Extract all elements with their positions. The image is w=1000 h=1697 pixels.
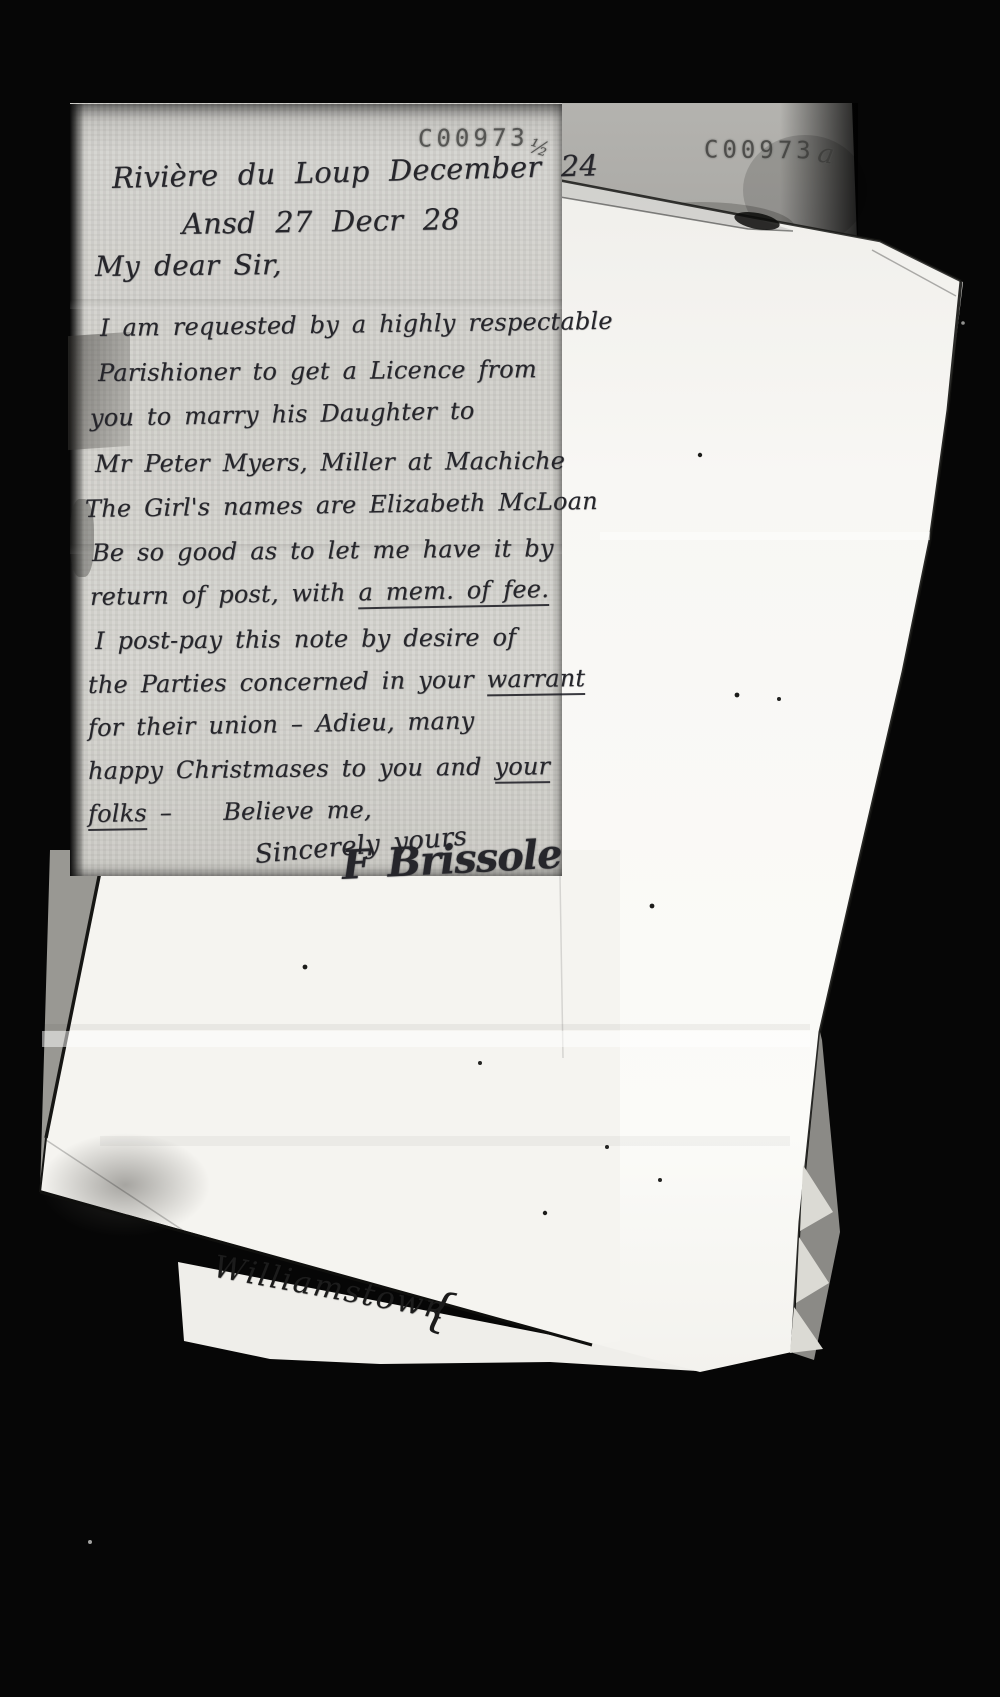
archival-stamp-left: C00973½ bbox=[417, 123, 548, 152]
handwriting-line: The Girl's names are Elizabeth McLoan bbox=[85, 489, 598, 521]
dust-speck bbox=[658, 1178, 662, 1182]
dust-speck bbox=[735, 693, 740, 698]
handwriting-text: for their union – Adieu, many bbox=[88, 707, 475, 742]
stamp-code: C00973 bbox=[704, 135, 815, 164]
handwriting-text-underlined: your bbox=[494, 752, 550, 784]
handwriting-text: return of post, with bbox=[90, 578, 359, 611]
handwriting-text: The Girl's names are Elizabeth McLoan bbox=[85, 487, 598, 523]
scan-band bbox=[42, 1031, 810, 1047]
handwriting-text: My dear Sir, bbox=[95, 248, 282, 283]
handwriting-text: I am requested by a highly respectable bbox=[100, 307, 613, 342]
scan-band bbox=[42, 1024, 810, 1030]
stamp-code: C00973 bbox=[417, 124, 529, 153]
handwriting-line: the Parties concerned in your warrant bbox=[88, 666, 586, 697]
handwriting-text: happy Christmases to you and bbox=[88, 753, 495, 785]
dust-speck bbox=[698, 453, 702, 457]
handwriting-text: you to marry his Daughter to bbox=[90, 397, 475, 432]
handwriting-line: Parishioner to get a Licence from bbox=[98, 357, 537, 385]
handwriting-line: Be so good as to let me have it by bbox=[92, 536, 554, 565]
microfilm-scan-page: C00973a C00973½ Rivière du Loup December… bbox=[0, 0, 1000, 1697]
paper-crease bbox=[70, 299, 562, 309]
handwriting-line: folks – Believe me, bbox=[88, 798, 372, 826]
dust-speck bbox=[605, 1145, 609, 1149]
handwriting-text: Be so good as to let me have it by bbox=[92, 534, 554, 567]
dust-speck bbox=[303, 965, 308, 970]
handwriting-line: you to marry his Daughter to bbox=[90, 399, 475, 430]
scan-band bbox=[100, 1136, 790, 1146]
handwriting-line: I post-pay this note by desire of bbox=[95, 625, 517, 653]
letter-docket-note: Ansd 27 Decr 28 bbox=[182, 205, 461, 239]
scan-band bbox=[600, 532, 930, 540]
archival-stamp-right: C00973a bbox=[704, 133, 831, 165]
handwriting-line: I am requested by a highly respectable bbox=[100, 309, 613, 340]
handwriting-text: – Believe me, bbox=[147, 796, 372, 828]
handwriting-text: Ansd 27 Decr 28 bbox=[182, 202, 461, 241]
dust-speck bbox=[777, 697, 781, 701]
dust-speck bbox=[88, 1540, 92, 1544]
letter-signature: F Brissole bbox=[341, 835, 563, 886]
dust-speck bbox=[961, 321, 965, 325]
letter-page: C00973½ Rivière du Loup December 24 Ansd… bbox=[70, 103, 562, 876]
letter-dateline: Rivière du Loup December 24 bbox=[112, 151, 599, 193]
dust-speck bbox=[478, 1061, 482, 1065]
handwriting-text: I post-pay this note by desire of bbox=[95, 623, 517, 655]
handwriting-line: return of post, with a mem. of fee. bbox=[90, 577, 549, 609]
handwriting-text-underlined: a mem. of fee. bbox=[358, 575, 549, 609]
handwriting-line: happy Christmases to you and your bbox=[88, 754, 550, 783]
letter-left-edge-shadow bbox=[70, 104, 85, 876]
handwriting-text: Parishioner to get a Licence from bbox=[98, 355, 537, 387]
crease-smudge bbox=[40, 1133, 210, 1237]
letter-salutation: My dear Sir, bbox=[95, 251, 282, 281]
tape-patch bbox=[68, 332, 130, 450]
handwriting-text: Rivière du Loup December 24 bbox=[112, 148, 599, 195]
handwriting-text-underlined: warrant bbox=[486, 664, 585, 696]
handwriting-text: the Parties concerned in your bbox=[88, 665, 487, 699]
dust-speck bbox=[543, 1211, 547, 1215]
handwriting-line: for their union – Adieu, many bbox=[88, 709, 475, 740]
dust-speck bbox=[650, 904, 655, 909]
handwriting-line: Mr Peter Myers, Miller at Machiche bbox=[95, 449, 565, 476]
handwriting-text-underlined: folks bbox=[88, 799, 147, 831]
handwriting-text: Mr Peter Myers, Miller at Machiche bbox=[95, 447, 565, 478]
